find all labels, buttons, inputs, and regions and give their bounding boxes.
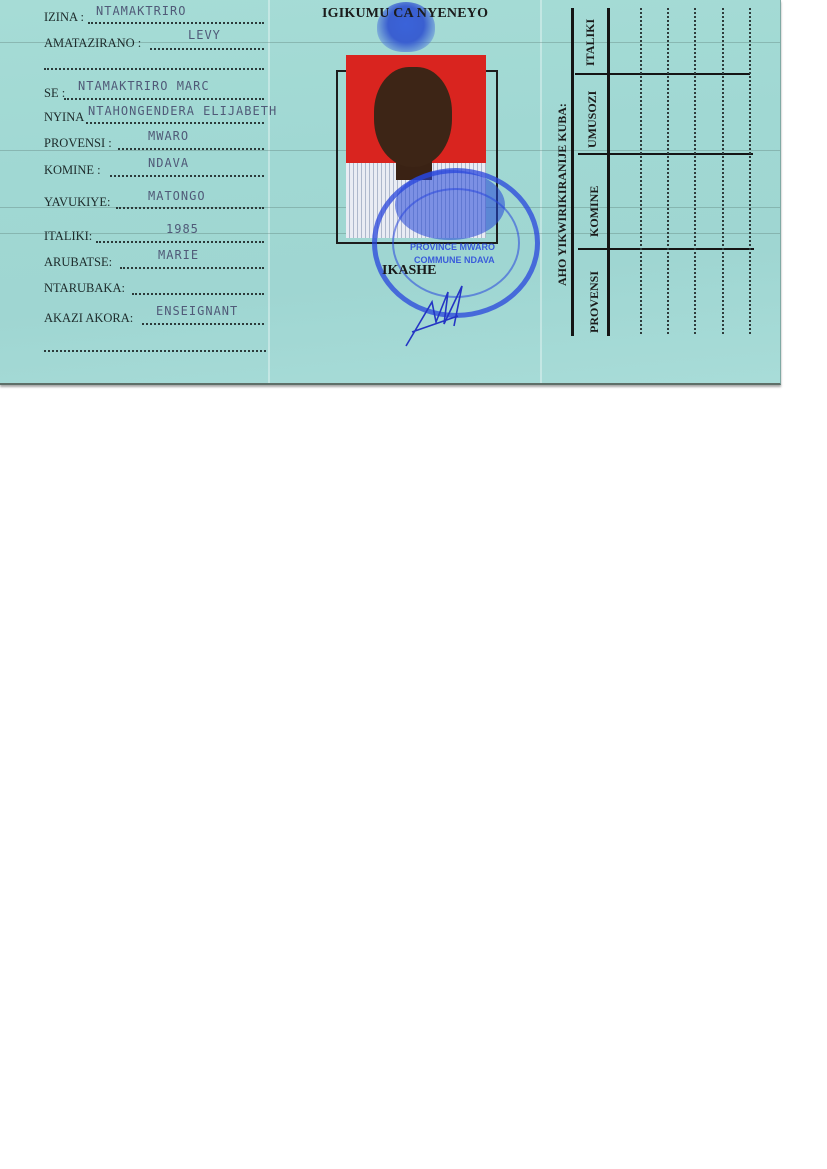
field-value: ENSEIGNANT — [156, 304, 238, 318]
table-line — [578, 153, 753, 155]
table-line — [607, 8, 610, 336]
field-label: PROVENSI : — [44, 136, 112, 151]
dotted-line — [116, 205, 264, 209]
field-komine: KOMINE : — [44, 163, 101, 181]
fold-line — [268, 0, 270, 383]
field-label: ITALIKI: — [44, 229, 92, 244]
dotted-line — [110, 173, 264, 177]
dotted-line — [88, 20, 264, 24]
field-yavukiye: YAVUKIYE: — [44, 195, 110, 213]
thumbprint-title: IGIKUMU CA NYENEYO — [322, 6, 488, 22]
dotted-line — [142, 321, 264, 325]
dotted-line — [150, 46, 264, 50]
field-value: NTAMAKTRIRO MARC — [78, 79, 210, 93]
dotted-line — [96, 239, 264, 243]
column-komine: KOMINE — [587, 186, 602, 237]
dotted-column — [640, 8, 642, 334]
field-nyina: NYINA — [44, 110, 84, 128]
field-value: NTAHONGENDERA ELIJABETH — [88, 104, 277, 118]
table-line — [571, 8, 574, 336]
dotted-column — [722, 8, 724, 334]
field-value: NDAVA — [148, 156, 189, 170]
fold-line — [540, 0, 542, 383]
field-se: SE : — [44, 86, 65, 104]
field-amatazirano: AMATAZIRANO : — [44, 36, 141, 54]
dotted-column — [694, 8, 696, 334]
dotted-line — [132, 291, 264, 295]
dotted-line — [44, 66, 264, 70]
field-value: MWARO — [148, 129, 189, 143]
dotted-line — [120, 265, 264, 269]
field-ntarubaka: NTARUBAKA: — [44, 281, 125, 299]
dotted-column — [667, 8, 669, 334]
table-line — [578, 248, 754, 250]
field-italiki: ITALIKI: — [44, 229, 92, 247]
residence-heading: AHO YIKWIRIKIRANIJE KUBA: — [555, 103, 570, 286]
column-umusozi: UMUSOZI — [585, 91, 600, 148]
field-label: ARUBATSE: — [44, 255, 112, 270]
field-label: NYINA — [44, 110, 84, 125]
field-arubatse: ARUBATSE: — [44, 255, 112, 273]
dotted-line — [86, 120, 264, 124]
field-akazi-akora: AKAZI AKORA: — [44, 311, 133, 329]
field-label: NTARUBAKA: — [44, 281, 125, 296]
column-italiki: ITALIKI — [583, 19, 598, 66]
field-label: IZINA : — [44, 10, 84, 25]
dotted-line — [118, 146, 264, 150]
field-provensi: PROVENSI : — [44, 136, 112, 154]
dotted-line — [64, 96, 264, 100]
dotted-column — [749, 8, 751, 334]
field-value: NTAMAKTRIRO — [96, 4, 186, 18]
field-label: AKAZI AKORA: — [44, 311, 133, 326]
field-izina: IZINA : — [44, 10, 84, 28]
field-label: SE : — [44, 86, 65, 101]
field-label: AMATAZIRANO : — [44, 36, 141, 51]
field-label: YAVUKIYE: — [44, 195, 110, 210]
field-value: 1985 — [166, 222, 199, 236]
photo-head — [374, 67, 452, 167]
field-label: KOMINE : — [44, 163, 101, 178]
stamp-line-province: PROVINCE MWARO — [410, 242, 495, 252]
field-value: MATONGO — [148, 189, 206, 203]
signature-icon — [402, 282, 482, 352]
dotted-line — [44, 348, 266, 352]
field-value: MARIE — [158, 248, 199, 262]
column-provensi: PROVENSI — [587, 271, 602, 333]
field-value: LEVY — [188, 28, 221, 42]
signature-label: IKASHE — [382, 263, 436, 279]
id-card: IZINA : NTAMAKTRIRO AMATAZIRANO : LEVY S… — [0, 0, 781, 385]
